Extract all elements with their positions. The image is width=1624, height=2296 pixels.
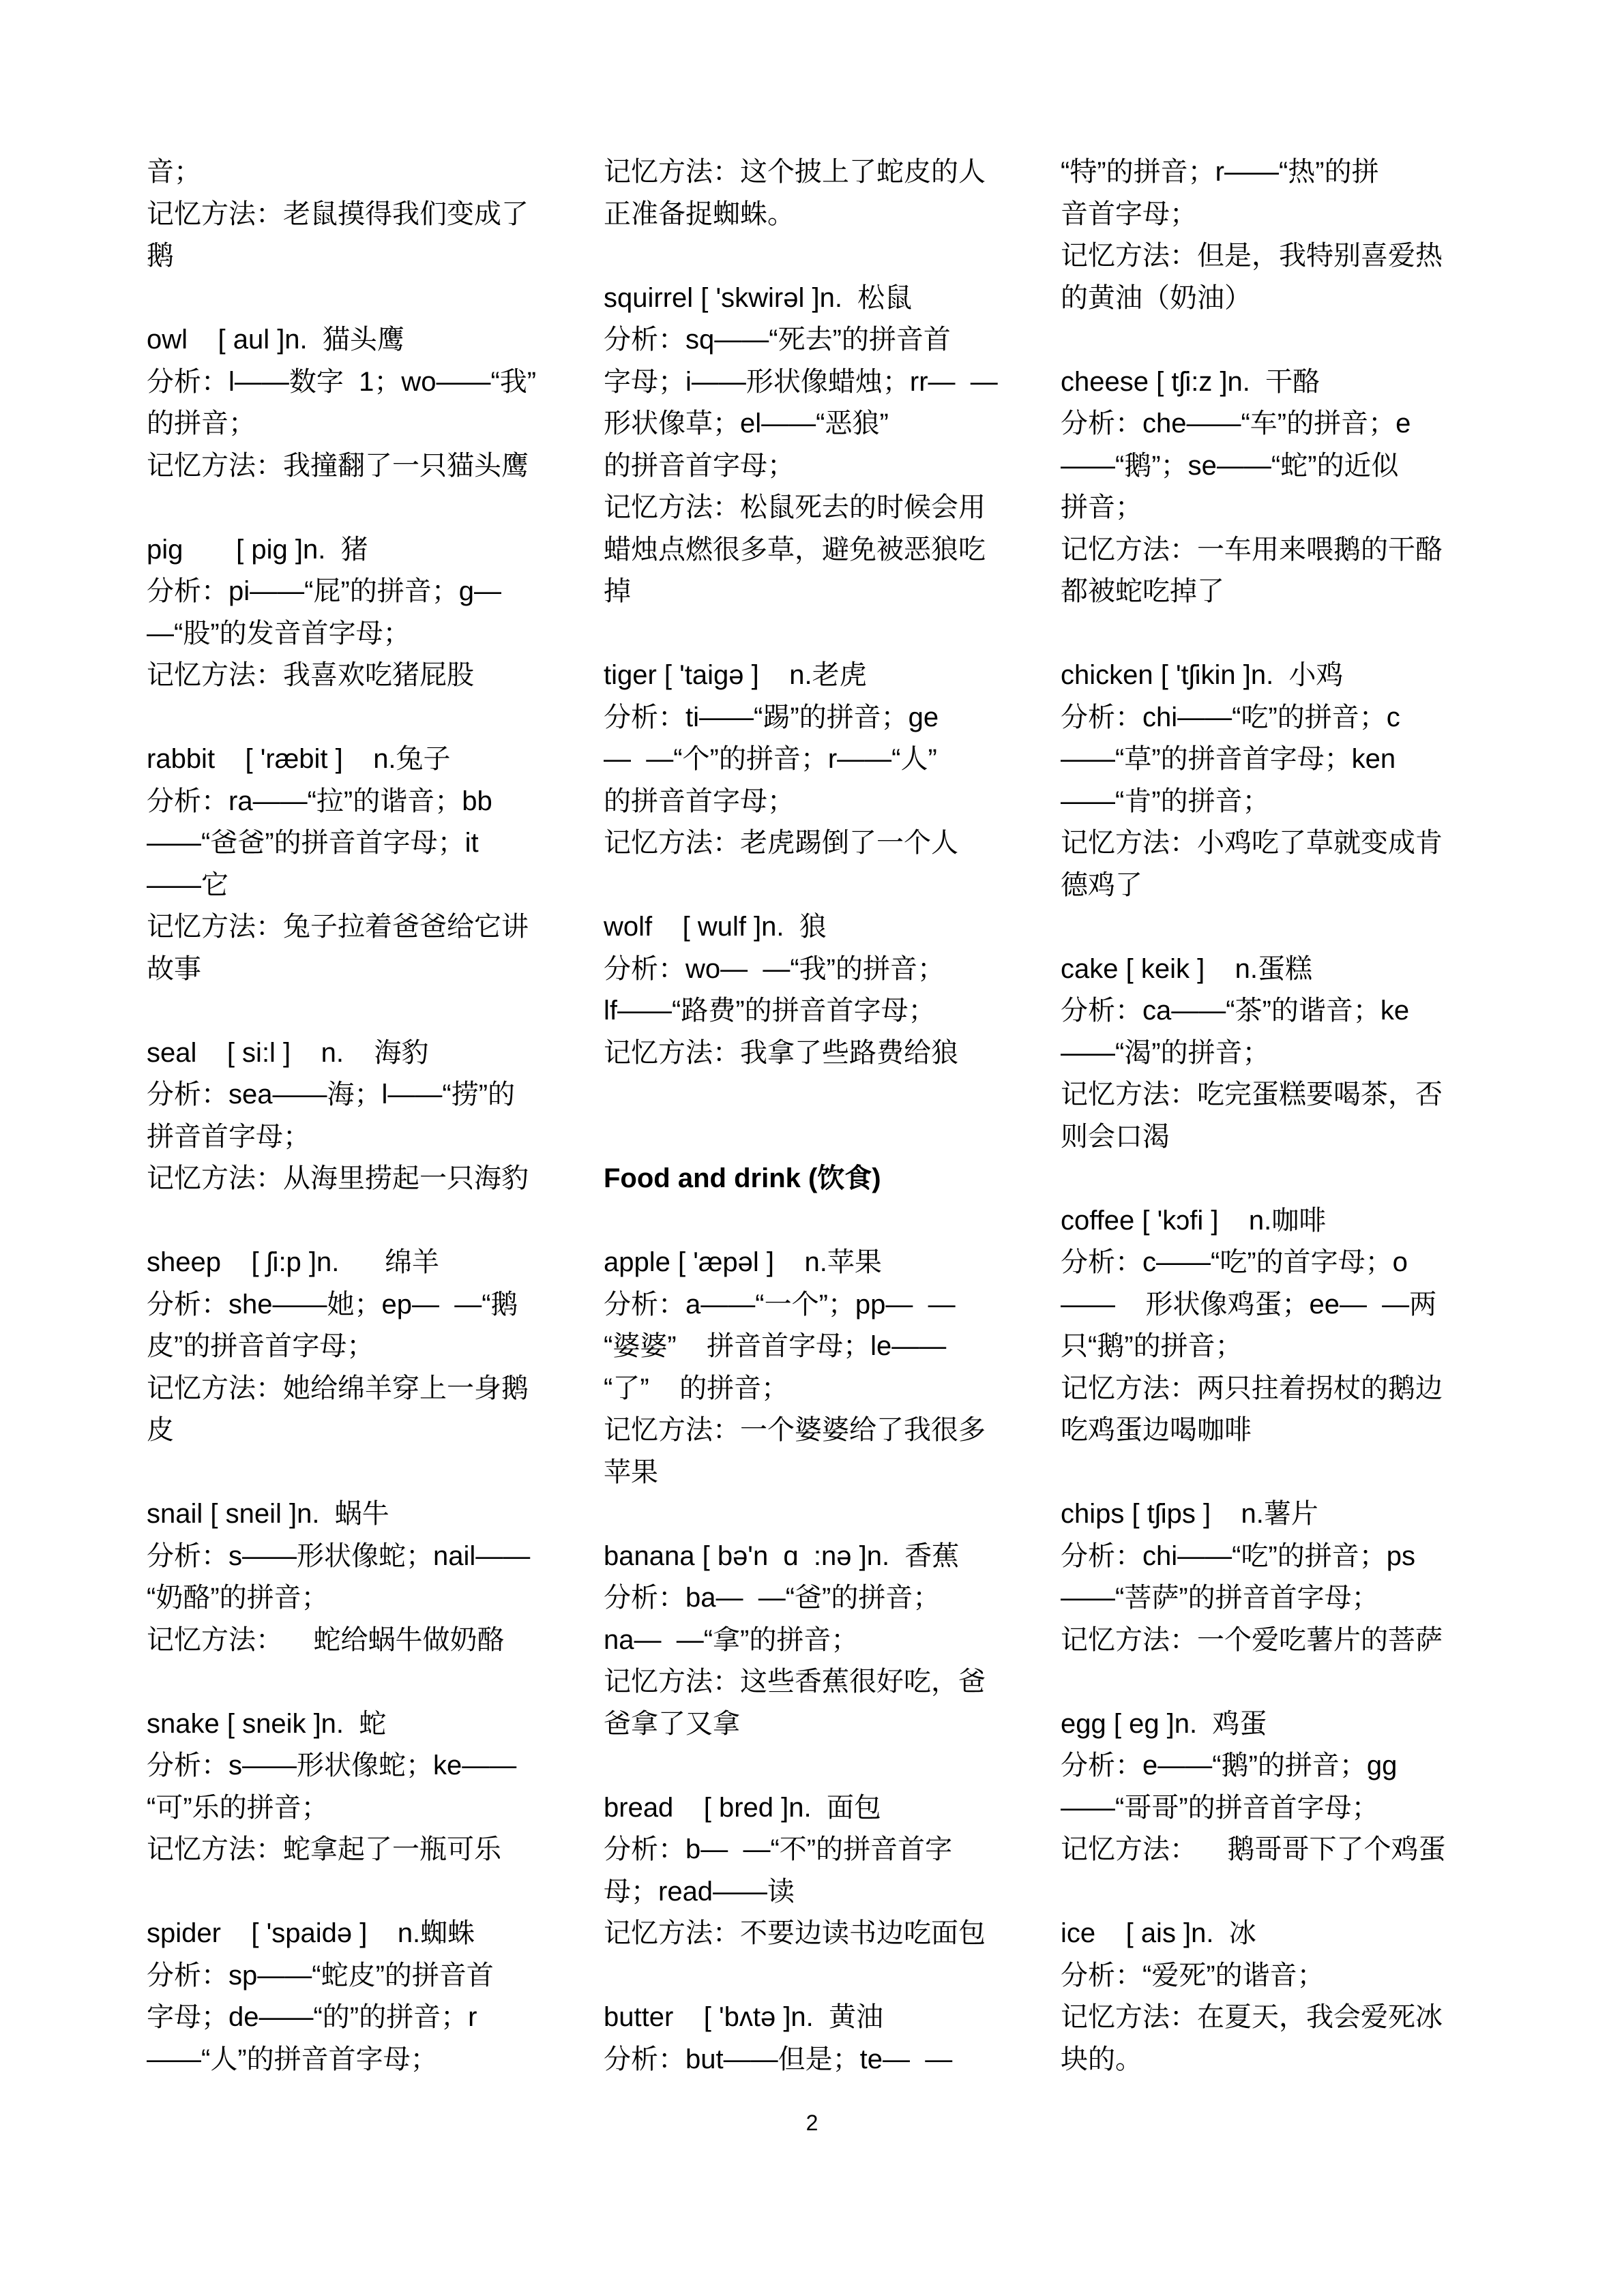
text-line: 拼音首字母； bbox=[147, 1116, 556, 1159]
memory-method-line: 记忆方法：从海里捞起一只海豹 bbox=[147, 1158, 556, 1200]
vocab-entry-header: seal [ si:l ] n. 海豹 bbox=[147, 1032, 556, 1075]
memory-method-line: 记忆方法：这些香蕉很好吃，爸 bbox=[604, 1661, 1013, 1703]
text-line: na— —“拿”的拼音； bbox=[604, 1620, 1013, 1662]
blank-line bbox=[604, 1955, 1013, 1997]
memory-method-line: 记忆方法：我拿了些路费给狼 bbox=[604, 1032, 1013, 1075]
text-line: ——“肯”的拼音； bbox=[1061, 781, 1470, 823]
text-line: 音首字母； bbox=[1061, 194, 1470, 236]
blank-line bbox=[1061, 906, 1470, 949]
vocab-entry-header: spider [ 'spaidə ] n.蜘蛛 bbox=[147, 1913, 556, 1955]
analysis-line: 分析：a——“一个”；pp— — bbox=[604, 1284, 1013, 1326]
text-line: ——它 bbox=[147, 865, 556, 907]
analysis-line: 分析：ra——“拉”的谐音；bb bbox=[147, 781, 556, 823]
blank-line bbox=[604, 1493, 1013, 1536]
blank-line bbox=[1061, 1158, 1470, 1200]
text-line: ——“人”的拼音首字母； bbox=[147, 2039, 556, 2081]
blank-line bbox=[604, 1074, 1013, 1116]
blank-line bbox=[147, 278, 556, 320]
vocab-entry-header: sheep [ ʃi:p ]n. 绵羊 bbox=[147, 1242, 556, 1284]
text-line: 故事 bbox=[147, 949, 556, 991]
vocab-entry-header: chips [ tʃips ] n.薯片 bbox=[1061, 1493, 1470, 1536]
memory-method-line: 记忆方法：两只拄着拐杖的鹅边 bbox=[1061, 1368, 1470, 1410]
vocab-entry-header: ice [ ais ]n. 冰 bbox=[1061, 1913, 1470, 1955]
analysis-line: 分析：“爱死”的谐音； bbox=[1061, 1955, 1470, 1997]
text-line: —— 形状像鸡蛋；ee— —两 bbox=[1061, 1284, 1470, 1326]
text-line: 皮 bbox=[147, 1410, 556, 1452]
text-line: ——“渴”的拼音； bbox=[1061, 1032, 1470, 1075]
text-line: — —“个”的拼音；r——“人” bbox=[604, 739, 1013, 781]
text-line: ——“爸爸”的拼音首字母；it bbox=[147, 822, 556, 865]
blank-line bbox=[1061, 1871, 1470, 1913]
blank-line bbox=[1061, 1661, 1470, 1703]
memory-method-line: 记忆方法：松鼠死去的时候会用 bbox=[604, 487, 1013, 529]
analysis-line: 分析：s——形状像蛇；ke—— bbox=[147, 1745, 556, 1787]
analysis-line: 分析：l——数字 1；wo——“我” bbox=[147, 361, 556, 404]
vocab-entry-header: butter [ 'bʌtə ]n. 黄油 bbox=[604, 1997, 1013, 2039]
blank-line bbox=[604, 1200, 1013, 1242]
blank-line bbox=[604, 1116, 1013, 1159]
blank-line bbox=[604, 613, 1013, 655]
text-line: “奶酪”的拼音； bbox=[147, 1577, 556, 1620]
column-3: “特”的拼音；r——“热”的拼音首字母；记忆方法：但是，我特别喜爱热的黄油（奶油… bbox=[1061, 151, 1470, 2081]
text-line: —“股”的发音首字母； bbox=[147, 613, 556, 655]
vocab-entry-header: tiger [ 'taigə ] n.老虎 bbox=[604, 655, 1013, 697]
text-line: 音； bbox=[147, 151, 556, 194]
text-line: 只“鹅”的拼音； bbox=[1061, 1326, 1470, 1368]
text-line: 皮”的拼音首字母； bbox=[147, 1326, 556, 1368]
text-line: “可”乐的拼音； bbox=[147, 1787, 556, 1830]
memory-method-line: 记忆方法：兔子拉着爸爸给它讲 bbox=[147, 906, 556, 949]
section-heading: Food and drink (饮食) bbox=[604, 1158, 1013, 1200]
memory-method-line: 记忆方法：一个爱吃薯片的菩萨 bbox=[1061, 1620, 1470, 1662]
vocab-entry-header: apple [ 'æpəl ] n.苹果 bbox=[604, 1242, 1013, 1284]
text-line: “了” 的拼音； bbox=[604, 1368, 1013, 1410]
vocab-entry-header: wolf [ wulf ]n. 狼 bbox=[604, 906, 1013, 949]
memory-method-line: 记忆方法：她给绵羊穿上一身鹅 bbox=[147, 1368, 556, 1410]
vocab-entry-header: owl [ aul ]n. 猫头鹰 bbox=[147, 319, 556, 361]
vocab-entry-header: banana [ bə'n ɑ :nə ]n. 香蕉 bbox=[604, 1536, 1013, 1578]
memory-method-line: 记忆方法：在夏天，我会爱死冰 bbox=[1061, 1997, 1470, 2039]
memory-method-line: 记忆方法：一个婆婆给了我很多 bbox=[604, 1410, 1013, 1452]
column-2: 记忆方法：这个披上了蛇皮的人正准备捉蜘蛛。squirrel [ 'skwirəl… bbox=[604, 151, 1013, 2081]
vocab-entry-header: cheese [ tʃi:z ]n. 干酪 bbox=[1061, 361, 1470, 404]
analysis-line: 分析：sea——海；l——“捞”的 bbox=[147, 1074, 556, 1116]
vocab-entry-header: coffee [ 'kɔfi ] n.咖啡 bbox=[1061, 1200, 1470, 1242]
analysis-line: 分析：sp——“蛇皮”的拼音首 bbox=[147, 1955, 556, 1997]
text-line: 的拼音； bbox=[147, 403, 556, 445]
analysis-line: 分析：ba— —“爸”的拼音； bbox=[604, 1577, 1013, 1620]
text-line: “婆婆” 拼音首字母；le—— bbox=[604, 1326, 1013, 1368]
analysis-line: 分析：wo— —“我”的拼音； bbox=[604, 949, 1013, 991]
blank-line bbox=[1061, 319, 1470, 361]
analysis-line: 分析：pi——“屁”的拼音；g— bbox=[147, 571, 556, 613]
memory-method-line: 记忆方法：不要边读书边吃面包 bbox=[604, 1913, 1013, 1955]
blank-line bbox=[604, 1745, 1013, 1787]
memory-method-line: 记忆方法：吃完蛋糕要喝茶，否 bbox=[1061, 1074, 1470, 1116]
text-line: 的黄油（奶油） bbox=[1061, 278, 1470, 320]
blank-line bbox=[147, 1452, 556, 1494]
text-line: 掉 bbox=[604, 571, 1013, 613]
analysis-line: 分析：she——她；ep— —“鹅 bbox=[147, 1284, 556, 1326]
memory-method-line: 记忆方法：小鸡吃了草就变成肯 bbox=[1061, 822, 1470, 865]
text-line: 的拼音首字母； bbox=[604, 445, 1013, 488]
memory-method-line: 记忆方法：老虎踢倒了一个人 bbox=[604, 822, 1013, 865]
page-number: 2 bbox=[0, 2111, 1624, 2136]
analysis-line: 分析：c——“吃”的首字母；o bbox=[1061, 1242, 1470, 1284]
analysis-line: 分析：b— —“不”的拼音首字 bbox=[604, 1829, 1013, 1871]
memory-method-line: 记忆方法： 蛇给蜗牛做奶酪 bbox=[147, 1620, 556, 1662]
memory-method-line: 记忆方法：老鼠摸得我们变成了 bbox=[147, 194, 556, 236]
text-line: 正准备捉蜘蛛。 bbox=[604, 194, 1013, 236]
text-line: 的拼音首字母； bbox=[604, 781, 1013, 823]
blank-line bbox=[147, 1871, 556, 1913]
analysis-line: 分析：ca——“茶”的谐音；ke bbox=[1061, 990, 1470, 1032]
text-line: 拼音； bbox=[1061, 487, 1470, 529]
memory-method-line: 记忆方法： 鹅哥哥下了个鸡蛋 bbox=[1061, 1829, 1470, 1871]
blank-line bbox=[147, 990, 556, 1032]
text-line: 都被蛇吃掉了 bbox=[1061, 571, 1470, 613]
text-line: ——“菩萨”的拼音首字母； bbox=[1061, 1577, 1470, 1620]
vocab-entry-header: rabbit [ 'ræbit ] n.兔子 bbox=[147, 739, 556, 781]
text-line: lf——“路费”的拼音首字母； bbox=[604, 990, 1013, 1032]
vocab-entry-header: snail [ sneil ]n. 蜗牛 bbox=[147, 1493, 556, 1536]
memory-method-line: 记忆方法：但是，我特别喜爱热 bbox=[1061, 235, 1470, 278]
vocab-entry-header: egg [ eg ]n. 鸡蛋 bbox=[1061, 1703, 1470, 1746]
text-line: 形状像草；el——“恶狼” bbox=[604, 403, 1013, 445]
text-line: 吃鸡蛋边喝咖啡 bbox=[1061, 1410, 1470, 1452]
blank-line bbox=[147, 1661, 556, 1703]
column-1: 音；记忆方法：老鼠摸得我们变成了鹅owl [ aul ]n. 猫头鹰分析：l——… bbox=[147, 151, 556, 2081]
analysis-line: 分析：sq——“死去”的拼音首 bbox=[604, 319, 1013, 361]
text-line: 蜡烛点燃很多草，避免被恶狼吃 bbox=[604, 529, 1013, 571]
text-line: “特”的拼音；r——“热”的拼 bbox=[1061, 151, 1470, 194]
blank-line bbox=[604, 865, 1013, 907]
vocab-entry-header: snake [ sneik ]n. 蛇 bbox=[147, 1703, 556, 1746]
vocab-entry-header: squirrel [ 'skwirəl ]n. 松鼠 bbox=[604, 278, 1013, 320]
blank-line bbox=[1061, 1452, 1470, 1494]
text-line: 苹果 bbox=[604, 1452, 1013, 1494]
analysis-line: 分析：but——但是；te— — bbox=[604, 2039, 1013, 2081]
analysis-line: 分析：ti——“踢”的拼音；ge bbox=[604, 697, 1013, 739]
vocab-entry-header: chicken [ 'tʃikin ]n. 小鸡 bbox=[1061, 655, 1470, 697]
vocab-entry-header: pig [ pig ]n. 猪 bbox=[147, 529, 556, 571]
analysis-line: 分析：s——形状像蛇；nail—— bbox=[147, 1536, 556, 1578]
analysis-line: 分析：e——“鹅”的拼音；gg bbox=[1061, 1745, 1470, 1787]
vocab-entry-header: bread [ bred ]n. 面包 bbox=[604, 1787, 1013, 1830]
text-line: 字母；de——“的”的拼音；r bbox=[147, 1997, 556, 2039]
text-line: 爸拿了又拿 bbox=[604, 1703, 1013, 1746]
text-line: 块的。 bbox=[1061, 2039, 1470, 2081]
vocab-entry-header: cake [ keik ] n.蛋糕 bbox=[1061, 949, 1470, 991]
text-line: ——“草”的拼音首字母；ken bbox=[1061, 739, 1470, 781]
memory-method-line: 记忆方法：这个披上了蛇皮的人 bbox=[604, 151, 1013, 194]
memory-method-line: 记忆方法：我喜欢吃猪屁股 bbox=[147, 655, 556, 697]
memory-method-line: 记忆方法：一车用来喂鹅的干酪 bbox=[1061, 529, 1470, 571]
text-line: ——“鹅”；se——“蛇”的近似 bbox=[1061, 445, 1470, 488]
analysis-line: 分析：che——“车”的拼音；e bbox=[1061, 403, 1470, 445]
analysis-line: 分析：chi——“吃”的拼音；ps bbox=[1061, 1536, 1470, 1578]
text-line: 德鸡了 bbox=[1061, 865, 1470, 907]
blank-line bbox=[604, 235, 1013, 278]
blank-line bbox=[147, 487, 556, 529]
memory-method-line: 记忆方法：我撞翻了一只猫头鹰 bbox=[147, 445, 556, 488]
blank-line bbox=[1061, 613, 1470, 655]
text-line: 鹅 bbox=[147, 235, 556, 278]
text-line: 字母；i——形状像蜡烛；rr— — bbox=[604, 361, 1013, 404]
blank-line bbox=[147, 1200, 556, 1242]
analysis-line: 分析：chi——“吃”的拼音；c bbox=[1061, 697, 1470, 739]
blank-line bbox=[147, 697, 556, 739]
text-line: 母；read——读 bbox=[604, 1871, 1013, 1913]
text-line: 则会口渴 bbox=[1061, 1116, 1470, 1159]
text-line: ——“哥哥”的拼音首字母； bbox=[1061, 1787, 1470, 1830]
memory-method-line: 记忆方法：蛇拿起了一瓶可乐 bbox=[147, 1829, 556, 1871]
